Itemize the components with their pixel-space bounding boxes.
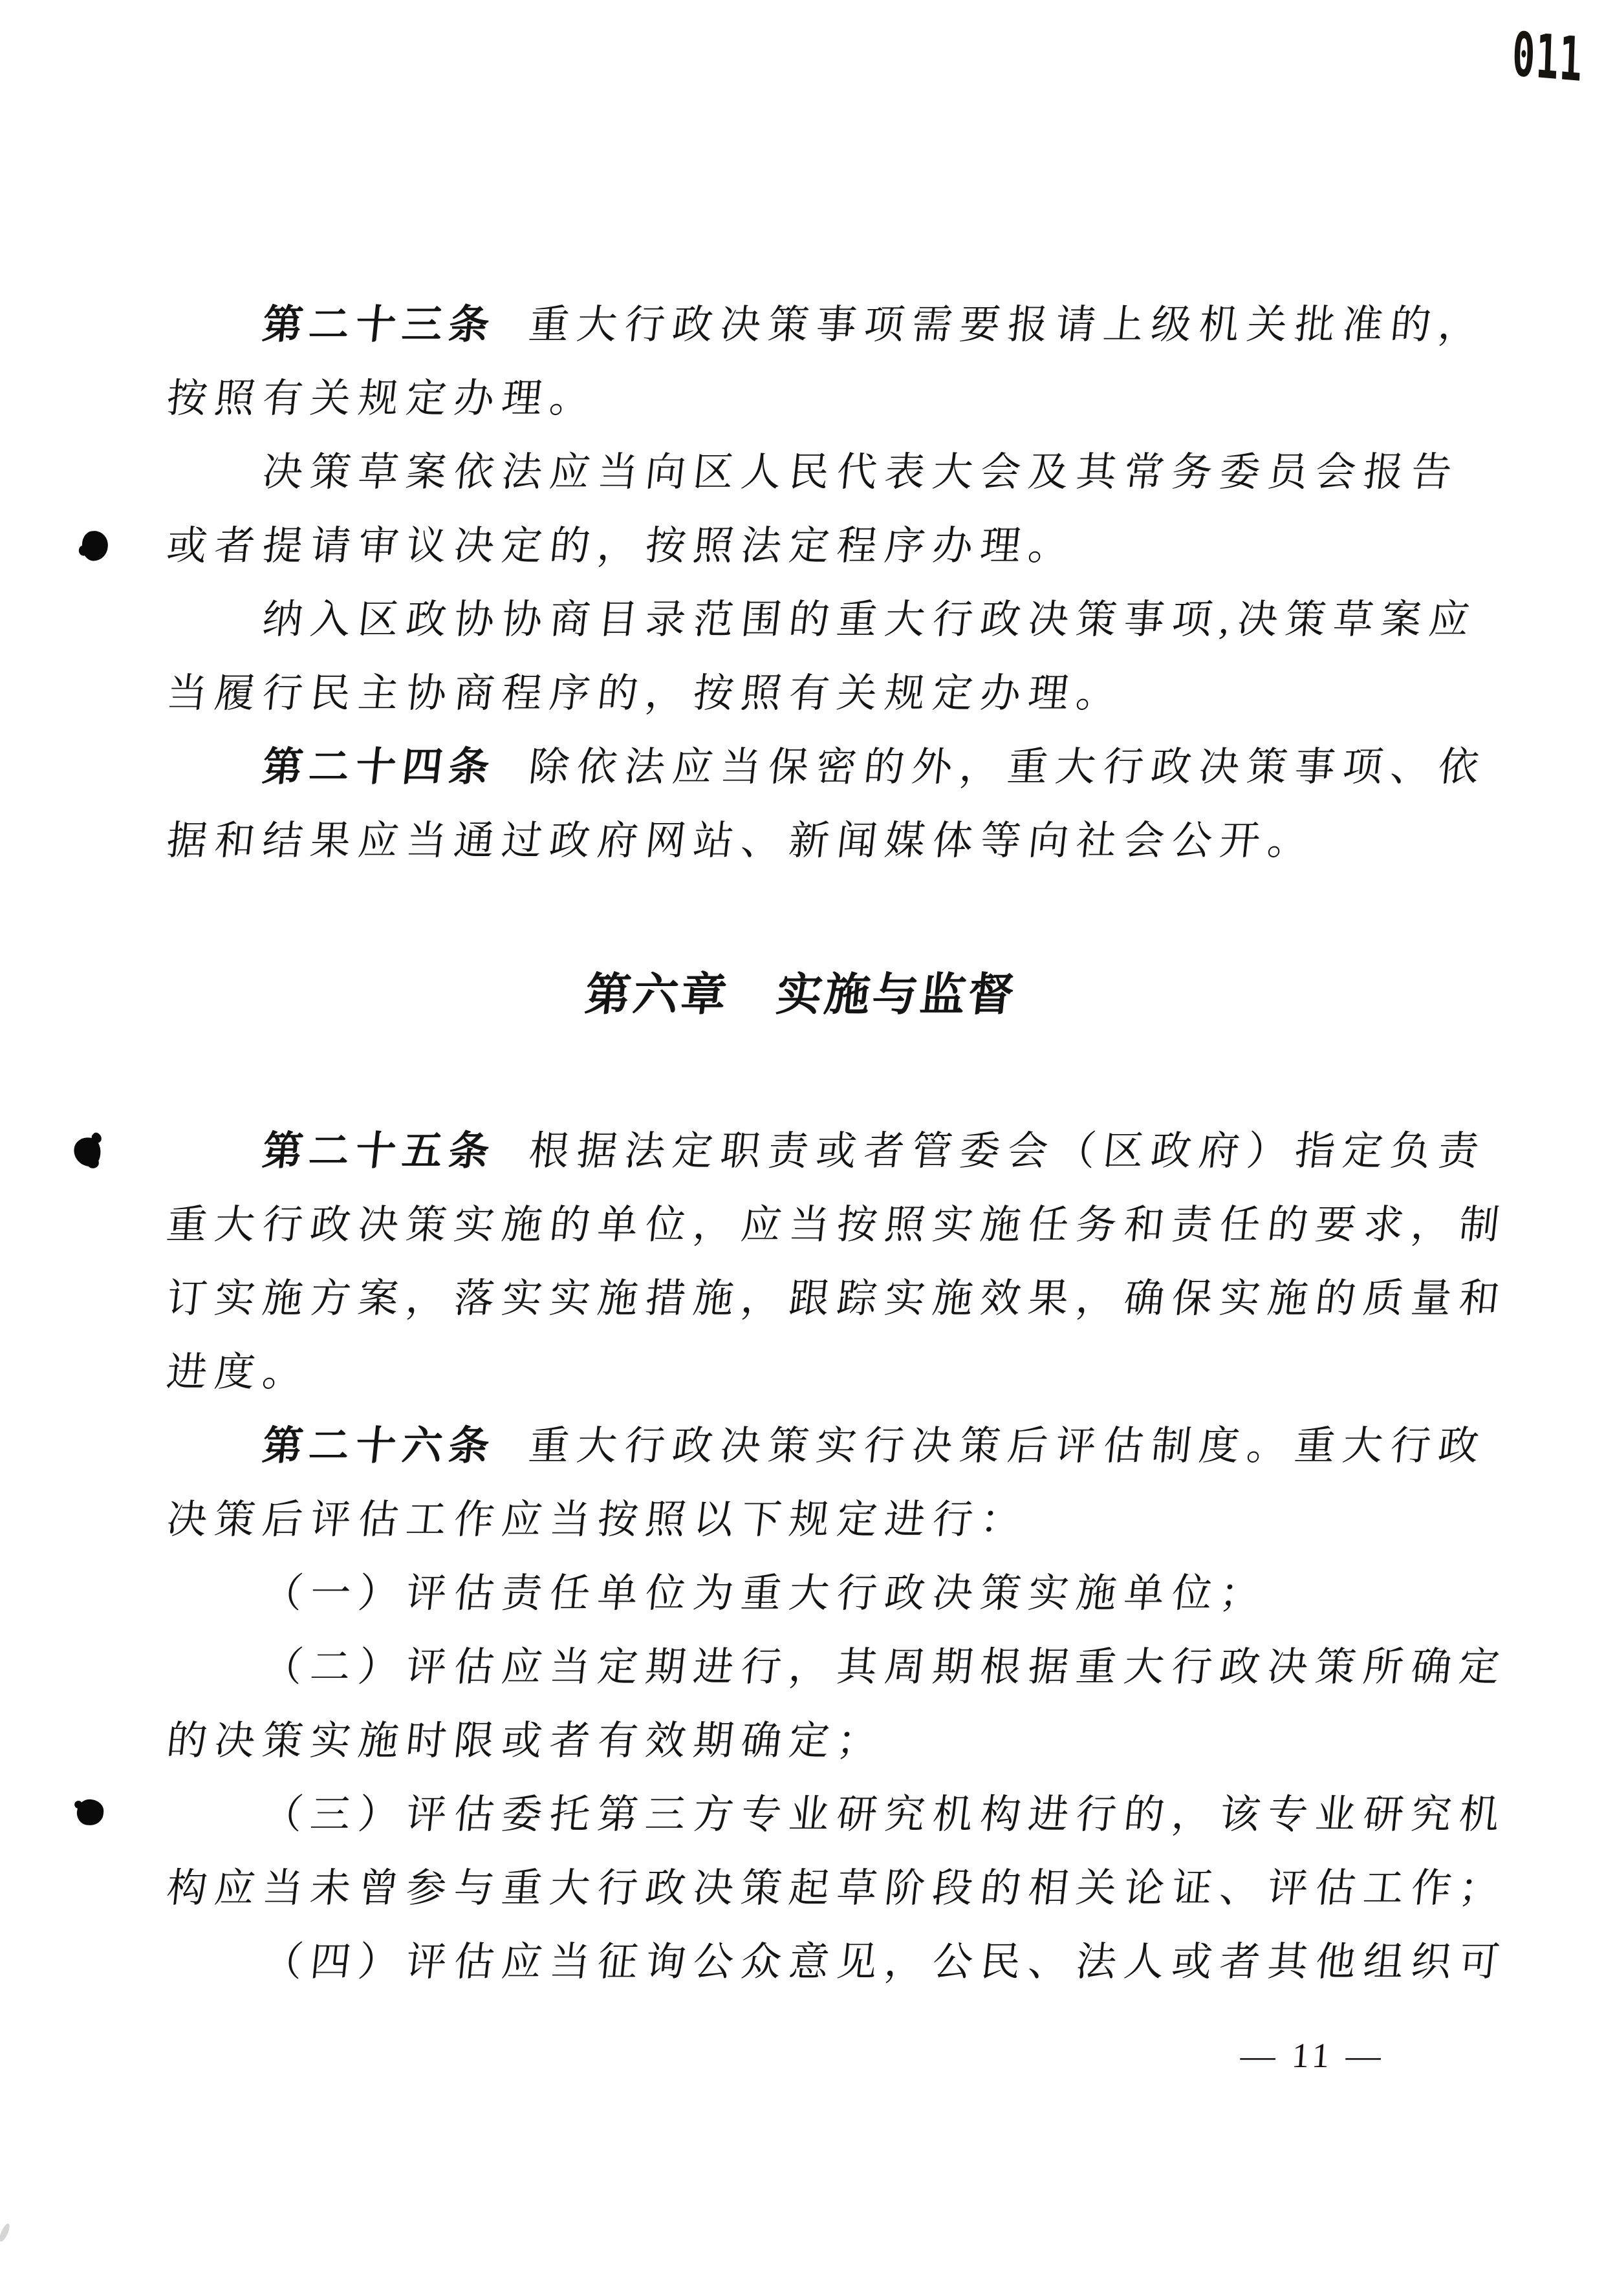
- text-line: 重大行政决策实施的单位，应当按照实施任务和责任的要求，制: [163, 1188, 1438, 1262]
- text-line: （二）评估应当定期进行，其周期根据重大行政决策所确定: [163, 1631, 1438, 1704]
- article-number: 第二十四条: [260, 745, 497, 789]
- text-segment: 进度。: [164, 1351, 312, 1395]
- article-number: 第二十六条: [260, 1424, 497, 1468]
- text-segment: 根据法定职责或者管委会（区政府）指定负责: [526, 1130, 1488, 1174]
- text-line: 决策后评估工作应当按照以下规定进行：: [163, 1483, 1438, 1557]
- text-segment: （四）评估应当征询公众意见，公民、法人或者其他组织可: [260, 1940, 1509, 1984]
- footer-page-number: — 11 —: [1239, 2035, 1386, 2076]
- text-segment: （一）评估责任单位为重大行政决策实施单位；: [260, 1572, 1270, 1616]
- chapter-heading: 第六章 实施与监督: [163, 958, 1438, 1031]
- text-line: 据和结果应当通过政府网站、新闻媒体等向社会公开。: [163, 804, 1438, 878]
- stamped-page-number: 011: [1511, 19, 1583, 96]
- text-segment: 决策后评估工作应当按照以下规定进行：: [164, 1498, 1030, 1542]
- text-segment: 构应当未曾参与重大行政决策起草阶段的相关论证、评估工作；: [164, 1867, 1509, 1911]
- text-line: 订实施方案，落实实施措施，跟踪实施效果，确保实施的质量和: [163, 1262, 1438, 1336]
- text-line: 第二十六条重大行政决策实行决策后评估制度。重大行政: [163, 1410, 1438, 1483]
- article-number: 第二十三条: [260, 303, 497, 347]
- ink-blot-3: [76, 1798, 105, 1827]
- text-line: 决策草案依法应当向区人民代表大会及其常务委员会报告: [163, 436, 1438, 510]
- text-line: 进度。: [163, 1336, 1438, 1410]
- text-line: 纳入区政协协商目录范围的重大行政决策事项,决策草案应: [163, 583, 1438, 657]
- text-line: 第二十四条除依法应当保密的外，重大行政决策事项、依: [163, 731, 1438, 804]
- article-number: 第二十五条: [260, 1129, 497, 1174]
- scanned-page: 011 第二十三条重大行政决策事项需要报请上级机关批准的， 按照有关规定办理。 …: [0, 0, 1615, 2296]
- text-line: 的决策实施时限或者有效期确定；: [163, 1704, 1438, 1778]
- text-segment: （三）评估委托第三方专业研究机构进行的，该专业研究机: [260, 1793, 1509, 1837]
- scan-speck: [0, 2222, 12, 2242]
- text-segment: （二）评估应当定期进行，其周期根据重大行政决策所确定: [260, 1646, 1509, 1690]
- text-line: 或者提请审议决定的，按照法定程序办理。: [163, 510, 1438, 583]
- text-line: （四）评估应当征询公众意见，公民、法人或者其他组织可: [163, 1926, 1438, 1999]
- ink-blot-1: [80, 529, 110, 562]
- text-line: 当履行民主协商程序的，按照有关规定办理。: [163, 657, 1438, 731]
- text-segment: 据和结果应当通过政府网站、新闻媒体等向社会公开。: [164, 819, 1317, 863]
- text-line: 第二十五条根据法定职责或者管委会（区政府）指定负责: [163, 1115, 1438, 1188]
- text-line: 按照有关规定办理。: [163, 362, 1438, 436]
- text-line: 构应当未曾参与重大行政决策起草阶段的相关论证、评估工作；: [163, 1852, 1438, 1926]
- text-segment: 重大行政决策实行决策后评估制度。重大行政: [526, 1424, 1488, 1468]
- text-segment: 重大行政决策事项需要报请上级机关批准的，: [526, 303, 1488, 347]
- text-segment: 纳入区政协协商目录范围的重大行政决策事项,决策草案应: [260, 598, 1479, 642]
- text-segment: 的决策实施时限或者有效期确定；: [164, 1719, 887, 1763]
- text-segment: 或者提请审议决定的，按照法定程序办理。: [164, 524, 1078, 568]
- text-segment: 除依法应当保密的外，重大行政决策事项、依: [526, 746, 1488, 789]
- text-line: （三）评估委托第三方专业研究机构进行的，该专业研究机: [163, 1778, 1438, 1852]
- text-segment: 当履行民主协商程序的，按照有关规定办理。: [164, 672, 1126, 716]
- ink-blot-2: [70, 1135, 103, 1169]
- text-line: （一）评估责任单位为重大行政决策实施单位；: [163, 1557, 1438, 1631]
- text-segment: 重大行政决策实施的单位，应当按照实施任务和责任的要求，制: [164, 1203, 1509, 1247]
- text-segment: 订实施方案，落实实施措施，跟踪实施效果，确保实施的质量和: [164, 1277, 1509, 1321]
- text-line: 第二十三条重大行政决策事项需要报请上级机关批准的，: [163, 288, 1438, 362]
- text-segment: 决策草案依法应当向区人民代表大会及其常务委员会报告: [260, 451, 1461, 495]
- text-segment: 按照有关规定办理。: [164, 377, 600, 421]
- document-body: 第二十三条重大行政决策事项需要报请上级机关批准的， 按照有关规定办理。 决策草案…: [167, 288, 1435, 1999]
